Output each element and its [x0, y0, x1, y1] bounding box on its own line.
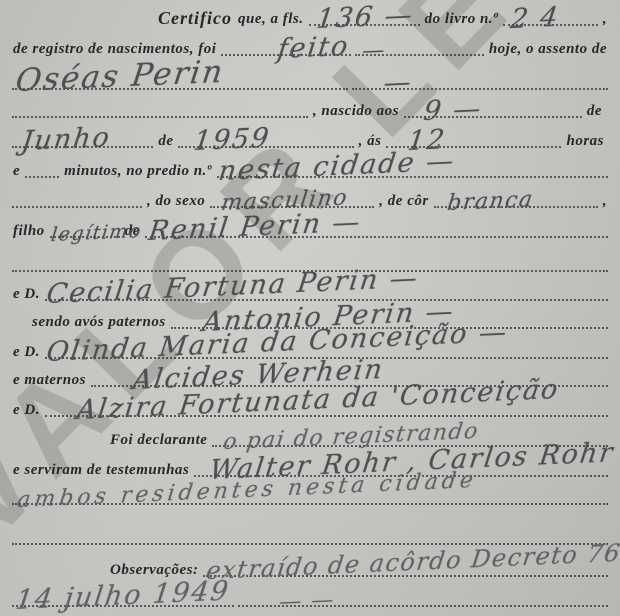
certificate-form: Certifico que, a fls. 136 — do livro n.º…	[0, 0, 620, 611]
field-folha: 136 —	[309, 18, 420, 26]
form-line-mae: e D. Cecilia Fortuna Perin —	[10, 276, 610, 305]
field-minutos	[25, 170, 59, 178]
field-mes: Junho	[12, 140, 153, 148]
field-nome: Oséas Perin	[12, 82, 348, 90]
field-nome-dash: —	[352, 82, 608, 90]
field-avoh-materna: Alzira Fortunata da 'Conceição	[45, 409, 608, 417]
field-foi: feito	[221, 48, 350, 56]
form-line-avoh-materna: e D. Alzira Fortunata da 'Conceição	[10, 391, 610, 421]
label-avos-maternos: e maternos	[10, 373, 89, 391]
form-line-certifico: Certifico que, a fls. 136 — do livro n.º…	[10, 4, 610, 30]
handwritten-mes: Junho	[20, 126, 112, 154]
field-mae: Cecilia Fortuna Perin —	[45, 293, 608, 301]
label-e-d-mae: e D.	[10, 287, 43, 305]
label-que-a-fls: que, a fls.	[235, 12, 307, 30]
label-filho: filho	[10, 224, 48, 242]
handwritten-nome-registrando: Oséas Perin	[14, 59, 226, 96]
handwritten-ano: 1959	[192, 126, 272, 154]
label-certifico: Certifico	[10, 9, 235, 30]
label-comma-cor: ,	[600, 194, 610, 212]
handwritten-nome-pai: Renil Perin —	[147, 210, 363, 244]
field-livro: 2 4	[503, 18, 598, 26]
field-cor: branca	[434, 200, 598, 208]
label-e-d-avoh-materna: e D.	[10, 403, 43, 421]
label-do-livro: do livro n.º	[422, 12, 501, 30]
form-line-nascido: , nascido aos 9 — de	[10, 94, 610, 122]
handwritten-nesta-cidade: nesta cidade —	[217, 149, 457, 184]
field-testemunhas-cont: ambos residentes nesta cidade	[12, 497, 608, 505]
label-de-ano: de	[155, 134, 176, 152]
handwritten-cor: branca	[446, 190, 535, 214]
label-nascido-aos: , nascido aos	[310, 104, 402, 122]
label-do-sexo: , do sexo	[144, 194, 208, 212]
field-dash: —	[355, 48, 484, 56]
field-ano: 1959	[178, 140, 353, 148]
form-line-sexo-cor: , do sexo masculino , de côr branca ,	[10, 182, 610, 212]
label-horas: horas	[563, 134, 610, 152]
handwritten-dash: —	[361, 41, 387, 62]
label-no-predio: minutos, no predio n.º	[61, 164, 215, 182]
field-predio: nesta cidade —	[217, 170, 608, 178]
field-blank-lead	[12, 110, 308, 118]
handwritten-observacoes-dash: — —	[278, 591, 336, 613]
form-line-registro: de registro de nascimentos, foi feito — …	[10, 30, 610, 60]
field-observacoes-dash: — —	[238, 599, 608, 607]
handwritten-folha: 136 —	[315, 3, 415, 32]
handwritten-nome-dash: —	[382, 70, 414, 96]
handwritten-legitimo: legítimo	[50, 223, 143, 244]
label-testemunhas: e serviram de testemunhas	[10, 463, 192, 481]
label-foi-declarante: Foi declarante	[10, 433, 210, 451]
field-dia: 9 —	[404, 110, 582, 118]
form-line-filho: filho legítimo de Renil Perin —	[10, 212, 610, 242]
form-line-mes-ano: Junho de 1959 , ás 12 horas	[10, 122, 610, 152]
field-pai: Renil Perin —	[145, 230, 608, 238]
label-avos-paternos: sendo avós paternos	[10, 315, 169, 333]
handwritten-observacoes-data: 14 julho 1949	[14, 579, 231, 613]
handwritten-dia: 9 —	[422, 97, 484, 124]
label-e-d-avoh-paterna: e D.	[10, 345, 43, 363]
label-hoje-assento: hoje, o assento de	[486, 42, 610, 60]
field-observacoes-data: 14 julho 1949	[12, 599, 234, 607]
scanned-birth-certificate: VALOR LEGAL Certifico que, a fls. 136 — …	[0, 0, 620, 616]
handwritten-livro: 2 4	[509, 5, 561, 32]
form-line-observacoes: Observações: extraído de acôrdo Decreto …	[10, 549, 610, 581]
label-de-mes: de	[584, 104, 610, 122]
field-observacoes: extraído de acôrdo Decreto 765 de	[203, 569, 608, 577]
form-line-observacoes-data: 14 julho 1949 — —	[10, 581, 610, 611]
handwritten-feito: feito	[276, 34, 351, 62]
label-comma: ,	[600, 12, 610, 30]
field-legitimo: legítimo	[50, 230, 120, 238]
form-line-nome: Oséas Perin —	[10, 60, 610, 94]
label-e-minutos: e	[10, 164, 23, 182]
form-line-minutos: e minutos, no predio n.º nesta cidade —	[10, 152, 610, 182]
label-de-cor: , de côr	[376, 194, 431, 212]
form-line-testemunhas-cont: ambos residentes nesta cidade	[10, 481, 610, 509]
field-blank-sexo-lead	[12, 200, 142, 208]
